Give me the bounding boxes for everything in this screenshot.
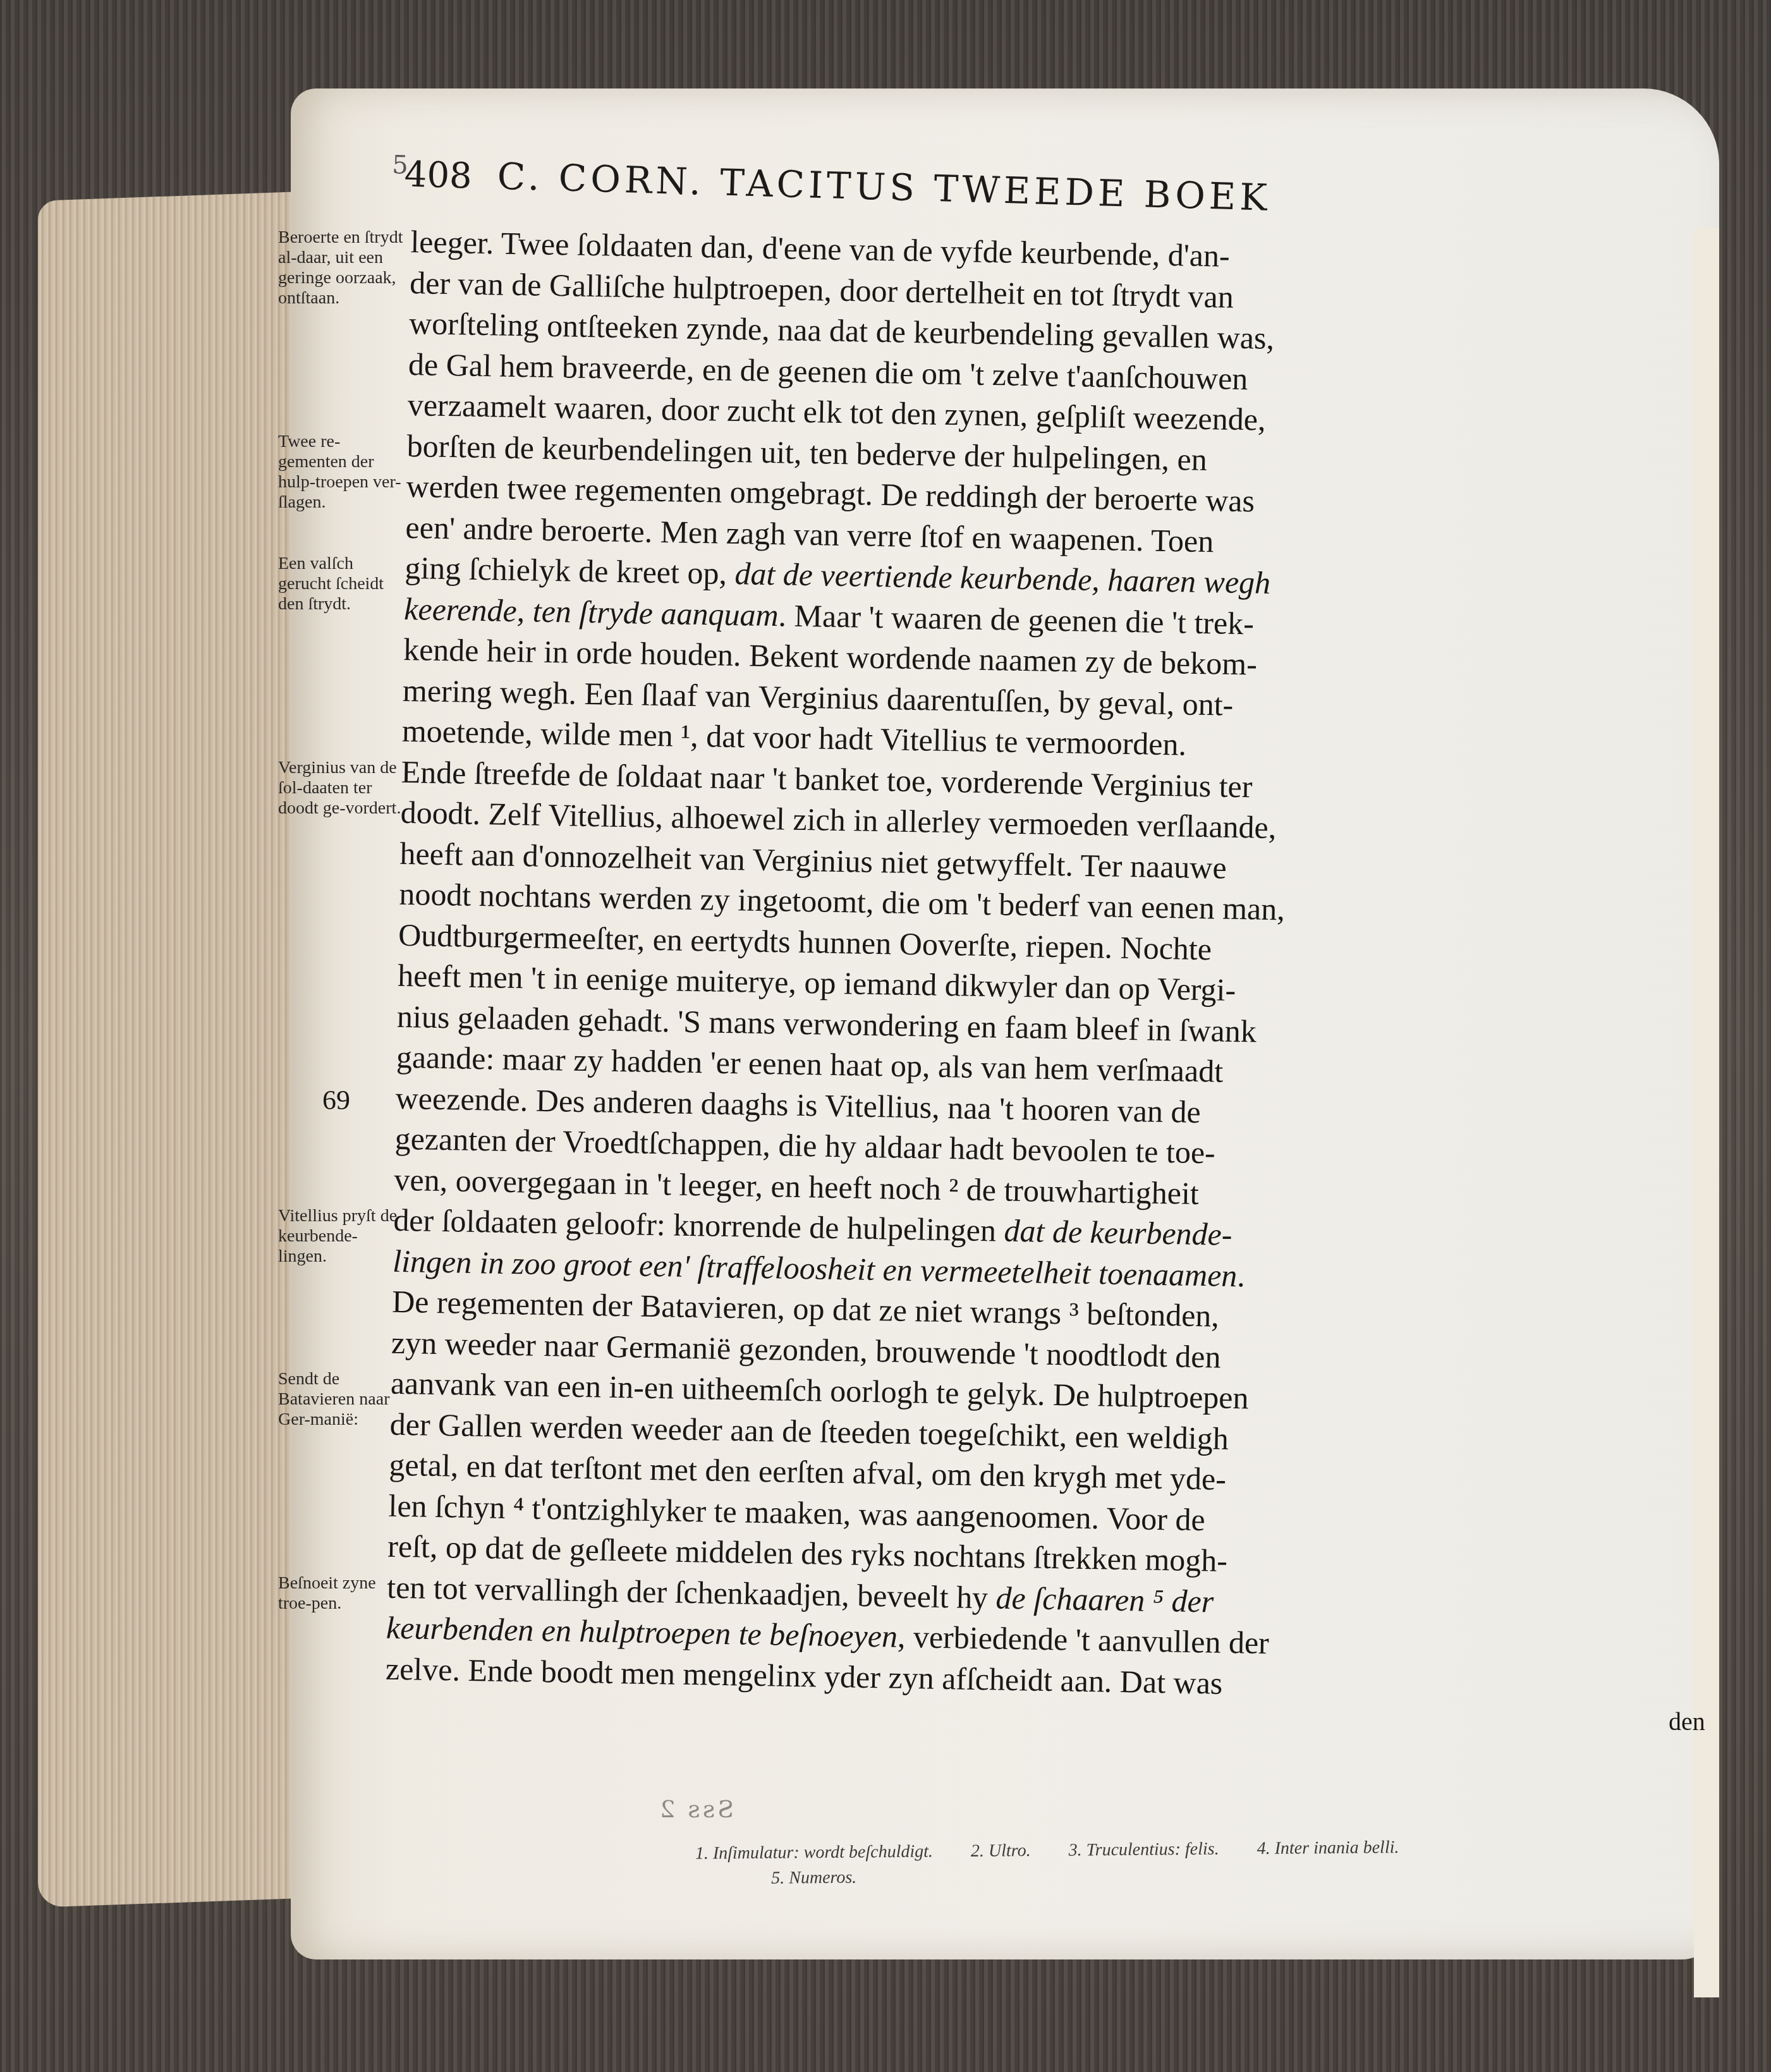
catchword: den (1669, 1707, 1705, 1736)
footnote: 1. Inſimulatur: wordt beſchuldigt. (695, 1842, 933, 1864)
footnote: 5. Numeros. (771, 1868, 856, 1889)
margin-note: Een valſch gerucht ſcheidt den ſtrydt. (278, 554, 405, 614)
footnote: 4. Inter inania belli. (1257, 1837, 1399, 1859)
section-number: 69 (322, 1084, 350, 1116)
margin-note: Beſnoeit zyne troe-pen. (278, 1573, 405, 1614)
pencil-mark: 5 (392, 150, 413, 180)
footnote: 2. Ultro. (971, 1841, 1031, 1862)
page-number: 408 (404, 154, 473, 197)
footnotes: 1. Inſimulatur: wordt beſchuldigt. 2. Ul… (695, 1835, 1682, 1889)
margin-note: Twee re-gementen der hulp-troepen ver-ſl… (278, 432, 405, 513)
margin-note: Beroerte en ſtrydt al-daar, uit een geri… (278, 228, 405, 308)
body-text: leeger. Twee ſoldaaten dan, d'eene van d… (385, 221, 1586, 1709)
page-edges (38, 191, 316, 1907)
margin-note: Verginius van de ſol-daaten ter doodt ge… (278, 758, 405, 819)
footnote: 3. Truculentius: felis. (1069, 1839, 1219, 1861)
margin-note: Vitellius pryſt de keurbende-lingen. (278, 1206, 405, 1267)
signature-mark-showthrough: Sss 2 (657, 1795, 734, 1823)
margin-note: Sendt de Batavieren naar Ger-manië: (278, 1369, 405, 1430)
open-book: 5 408 C. CORN. TACITUS TWEEDE BOEK leege… (25, 38, 1744, 1934)
